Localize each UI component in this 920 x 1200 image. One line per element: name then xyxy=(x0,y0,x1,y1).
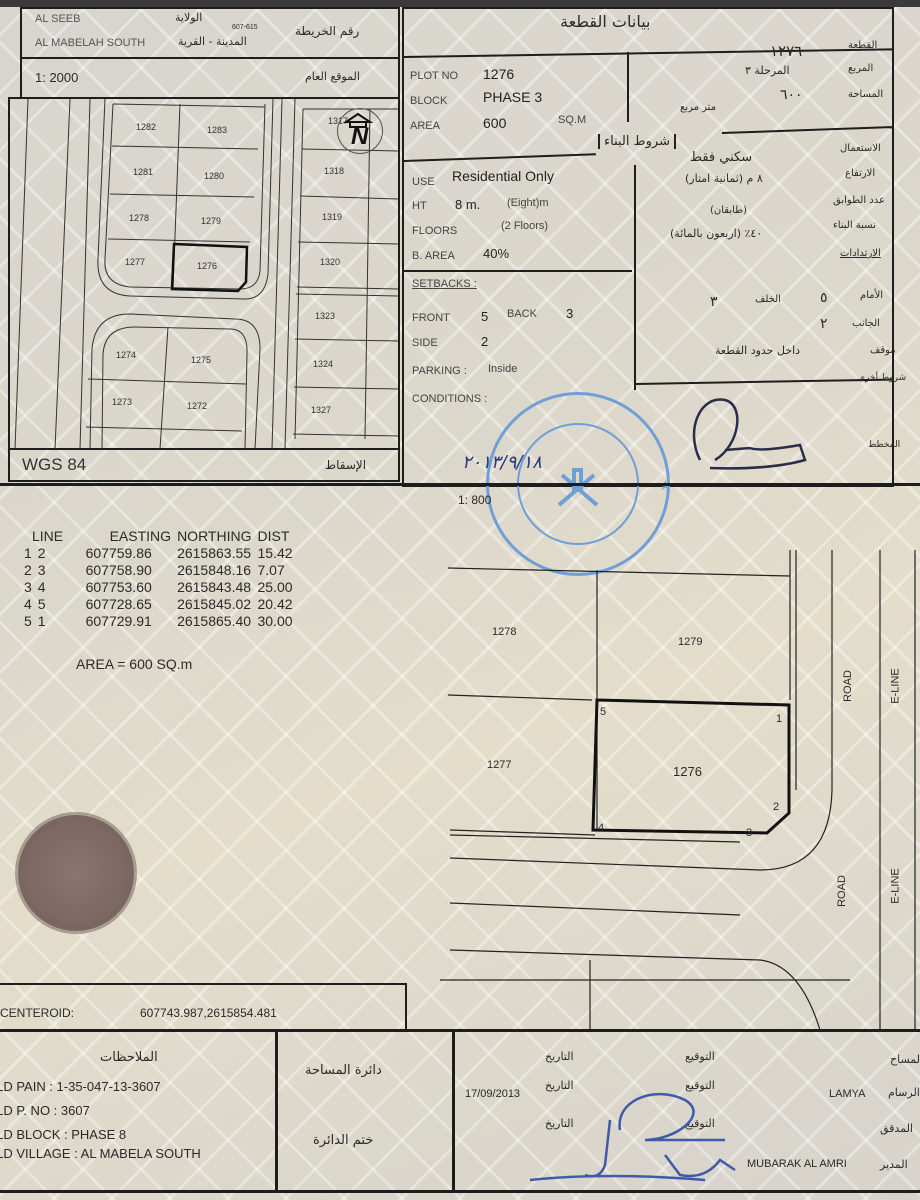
table-row: 45607728.652615845.0220.42 xyxy=(20,596,299,613)
lot-label: 1318 xyxy=(324,166,344,176)
sig-role: المدير xyxy=(880,1158,908,1171)
remarks-title-ar: الملاحظات xyxy=(100,1050,158,1065)
ar-floors-value: (طابقان) xyxy=(710,205,747,216)
top-edge xyxy=(0,0,920,7)
ar-block-value: المرحلة ٣ xyxy=(745,64,790,77)
lot-label: 1327 xyxy=(311,405,331,415)
use-label: USE xyxy=(412,176,435,188)
area-total: AREA = 600 SQ.m xyxy=(76,656,192,672)
lot-label: 1319 xyxy=(322,212,342,222)
divider xyxy=(0,1029,920,1032)
northing: 2615865.40 xyxy=(177,613,257,630)
b-area-label: B. AREA xyxy=(412,250,455,262)
sig-role: المساح xyxy=(890,1053,920,1066)
distance: 7.07 xyxy=(257,562,298,579)
eline-label: E-LINE xyxy=(890,668,902,703)
easting: 607728.65 xyxy=(86,596,177,613)
road-label: ROAD xyxy=(836,875,848,907)
road-label: ROAD xyxy=(842,670,854,702)
ar-use-label: الاستعمال xyxy=(840,143,881,154)
director-signature xyxy=(525,1080,775,1190)
sig-role: المدقق xyxy=(880,1122,913,1135)
north-label: N xyxy=(351,123,368,151)
easting: 607729.91 xyxy=(86,613,177,630)
ar-parking-value: داخل حدود القطعة xyxy=(715,344,800,357)
neighbor-plot-label: 1279 xyxy=(678,636,702,648)
lot-label: 1272 xyxy=(187,401,207,411)
back-value: 3 xyxy=(566,306,573,321)
vertex-label: 5 xyxy=(600,706,606,718)
lot-label: 1280 xyxy=(204,171,224,181)
ar-side-value: ٢ xyxy=(820,316,828,332)
planner-signature xyxy=(680,390,860,475)
ht-value: 8 m. xyxy=(455,197,480,212)
area-value: 600 xyxy=(483,115,506,131)
side-value: 2 xyxy=(481,334,488,349)
section-divider xyxy=(0,483,920,486)
lot-label: 1277 xyxy=(125,257,145,267)
dept-title-ar: دائرة المساحة xyxy=(305,1063,382,1078)
remark-line: OLD BLOCK : PHASE 8 xyxy=(0,1127,126,1142)
village-ar: المدينة - القرية xyxy=(178,35,247,48)
vertex-label: 4 xyxy=(598,822,604,834)
area-label: AREA xyxy=(410,120,440,132)
ar-front-value: ٥ xyxy=(820,290,828,306)
easting: 607753.60 xyxy=(86,579,177,596)
ar-area-unit: متر مربع xyxy=(680,102,716,113)
ar-ratio-value: ٤٠٪ (اربعون بالمائة) xyxy=(670,227,762,240)
ar-height-value: ٨ م (ثمانية امتار) xyxy=(685,172,763,185)
building-conditions-title-ar: شروط البناء xyxy=(598,134,676,149)
ht-words: (Eight)m xyxy=(507,197,549,209)
setbacks-label: SETBACKS : xyxy=(412,278,477,290)
divider xyxy=(275,1030,278,1192)
back-label: BACK xyxy=(507,308,537,320)
lot-label-selected: 1276 xyxy=(197,261,217,271)
lot-label: 1281 xyxy=(133,167,153,177)
ar-other-conditions-label: شروط أخرى xyxy=(858,373,906,383)
parking-value: Inside xyxy=(488,363,517,375)
distance: 20.42 xyxy=(257,596,298,613)
centroid-label: CENTEROID: xyxy=(0,1006,74,1020)
village-en: AL MABELAH SOUTH xyxy=(35,37,145,49)
lot-label: 1320 xyxy=(320,257,340,267)
to-point: 5 xyxy=(38,596,86,613)
ar-ratio-label: نسبة البناء xyxy=(833,220,876,231)
side-label: SIDE xyxy=(412,337,438,349)
northing: 2615863.55 xyxy=(177,545,257,562)
distance: 30.00 xyxy=(257,613,298,630)
divider xyxy=(627,52,629,122)
easting: 607759.86 xyxy=(86,545,177,562)
ar-block-label: المربع xyxy=(848,63,873,74)
floors-value: (2 Floors) xyxy=(501,220,548,232)
sig-date-label: التاريخ xyxy=(545,1050,574,1063)
vertex-label: 1 xyxy=(776,713,782,725)
remark-line: OLD PAIN : 1-35-047-13-3607 xyxy=(0,1079,161,1094)
coordinates-table: LINE EASTING NORTHING DIST 12607759.8626… xyxy=(20,528,299,630)
plot-no-value: 1276 xyxy=(483,66,514,82)
ar-side-label: الجانب xyxy=(852,318,880,329)
b-area-value: 40% xyxy=(483,246,509,261)
divider xyxy=(452,1030,455,1192)
use-value: Residential Only xyxy=(452,168,554,184)
ar-use-value: سكني فقط xyxy=(690,150,752,165)
parking-label: PARKING : xyxy=(412,365,467,377)
scale-small: 1: 2000 xyxy=(35,70,78,85)
plot-no-label: PLOT NO xyxy=(410,70,458,82)
location-label-ar: الموقع العام xyxy=(305,70,360,83)
from-point: 1 xyxy=(20,545,38,562)
neighbor-plot-label: 1278 xyxy=(492,626,516,638)
northing: 2615845.02 xyxy=(177,596,257,613)
table-row: 23607758.902615848.167.07 xyxy=(20,562,299,579)
ar-setbacks-label: الارتدادات xyxy=(840,248,881,259)
plot-data-title-ar: بيانات القطعة xyxy=(560,12,650,31)
lot-label: 1283 xyxy=(207,125,227,135)
col-northing: NORTHING xyxy=(177,528,257,545)
lot-label: 1324 xyxy=(313,359,333,369)
ar-floors-label: عدد الطوابق xyxy=(833,195,885,206)
dept-seal-ar: ختم الدائرة xyxy=(313,1133,373,1148)
sig-role: الرسام xyxy=(888,1086,920,1099)
table-row: 51607729.912615865.4030.00 xyxy=(20,613,299,630)
divider xyxy=(404,270,632,272)
area-unit: SQ.M xyxy=(558,114,586,126)
front-value: 5 xyxy=(481,309,488,324)
stamp-handwritten-date: ٢٠١٣/٩/١٨ xyxy=(462,452,542,473)
projection-label-ar: الإسقاط xyxy=(325,458,366,472)
lot-label: 1275 xyxy=(191,355,211,365)
to-point: 3 xyxy=(38,562,86,579)
centroid-value: 607743.987,2615854.481 xyxy=(140,1006,277,1020)
ht-label: HT xyxy=(412,200,427,212)
projection-value: WGS 84 xyxy=(22,455,86,475)
block-value: PHASE 3 xyxy=(483,89,542,105)
northing: 2615843.48 xyxy=(177,579,257,596)
main-plot-label: 1276 xyxy=(673,764,702,779)
wilayat-en: AL SEEB xyxy=(35,13,80,25)
map-no-label-ar: رقم الخريطة xyxy=(295,24,359,38)
divider xyxy=(8,448,400,450)
from-point: 2 xyxy=(20,562,38,579)
vertex-label: 3 xyxy=(746,827,752,839)
to-point: 2 xyxy=(38,545,86,562)
front-label: FRONT xyxy=(412,312,450,324)
ar-back-label: الخلف xyxy=(755,294,781,305)
map-no: 607-615 xyxy=(232,24,258,31)
vertex-label: 2 xyxy=(773,801,779,813)
lot-label: 1278 xyxy=(129,213,149,223)
lot-label: 1273 xyxy=(112,397,132,407)
to-point: 1 xyxy=(38,613,86,630)
conditions-label: CONDITIONS : xyxy=(412,393,487,405)
ar-parking-label: موقف xyxy=(870,345,896,356)
ar-height-label: الارتفاع xyxy=(845,168,875,179)
distance: 25.00 xyxy=(257,579,298,596)
north-arrow-icon: N xyxy=(337,108,383,154)
northing: 2615848.16 xyxy=(177,562,257,579)
sig-sign-label: التوقيع xyxy=(685,1050,715,1063)
sig-date-value: 17/09/2013 xyxy=(465,1088,520,1100)
ar-area-label: المساحة xyxy=(848,89,883,100)
divider xyxy=(634,165,636,390)
lot-label: 1282 xyxy=(136,122,156,132)
distance: 15.42 xyxy=(257,545,298,562)
lot-label: 1274 xyxy=(116,350,136,360)
table-row: 34607753.602615843.4825.00 xyxy=(20,579,299,596)
ar-plot-label: القطعة xyxy=(848,40,877,51)
sig-name: LAMYA xyxy=(829,1088,865,1100)
ar-area-value: ٦٠٠ xyxy=(780,87,803,103)
remark-line: OLD P. NO : 3607 xyxy=(0,1103,90,1118)
to-point: 4 xyxy=(38,579,86,596)
ar-plot-value: ١٢٧٦ xyxy=(770,42,802,60)
col-line: LINE xyxy=(20,528,86,545)
ar-planner-label: المخطط xyxy=(868,440,900,450)
table-header-row: LINE EASTING NORTHING DIST xyxy=(20,528,299,545)
floors-label: FLOORS xyxy=(412,225,457,237)
ar-front-label: الأمام xyxy=(860,290,883,301)
from-point: 3 xyxy=(20,579,38,596)
remark-line: OLD VILLAGE : AL MABELA SOUTH xyxy=(0,1146,201,1161)
ar-back-value: ٣ xyxy=(710,294,718,310)
lot-label: 1323 xyxy=(315,311,335,321)
block-label: BLOCK xyxy=(410,95,447,107)
table-row: 12607759.862615863.5515.42 xyxy=(20,545,299,562)
easting: 607758.90 xyxy=(86,562,177,579)
col-easting: EASTING xyxy=(86,528,177,545)
neighbor-plot-label: 1277 xyxy=(487,759,511,771)
divider xyxy=(0,1190,920,1193)
col-dist: DIST xyxy=(257,528,298,545)
lot-label: 1279 xyxy=(201,216,221,226)
eline-label: E-LINE xyxy=(890,868,902,903)
from-point: 4 xyxy=(20,596,38,613)
detail-scale: 1: 800 xyxy=(458,493,491,507)
from-point: 5 xyxy=(20,613,38,630)
wilayat-ar: الولاية xyxy=(175,11,202,24)
embossed-seal xyxy=(18,815,134,931)
